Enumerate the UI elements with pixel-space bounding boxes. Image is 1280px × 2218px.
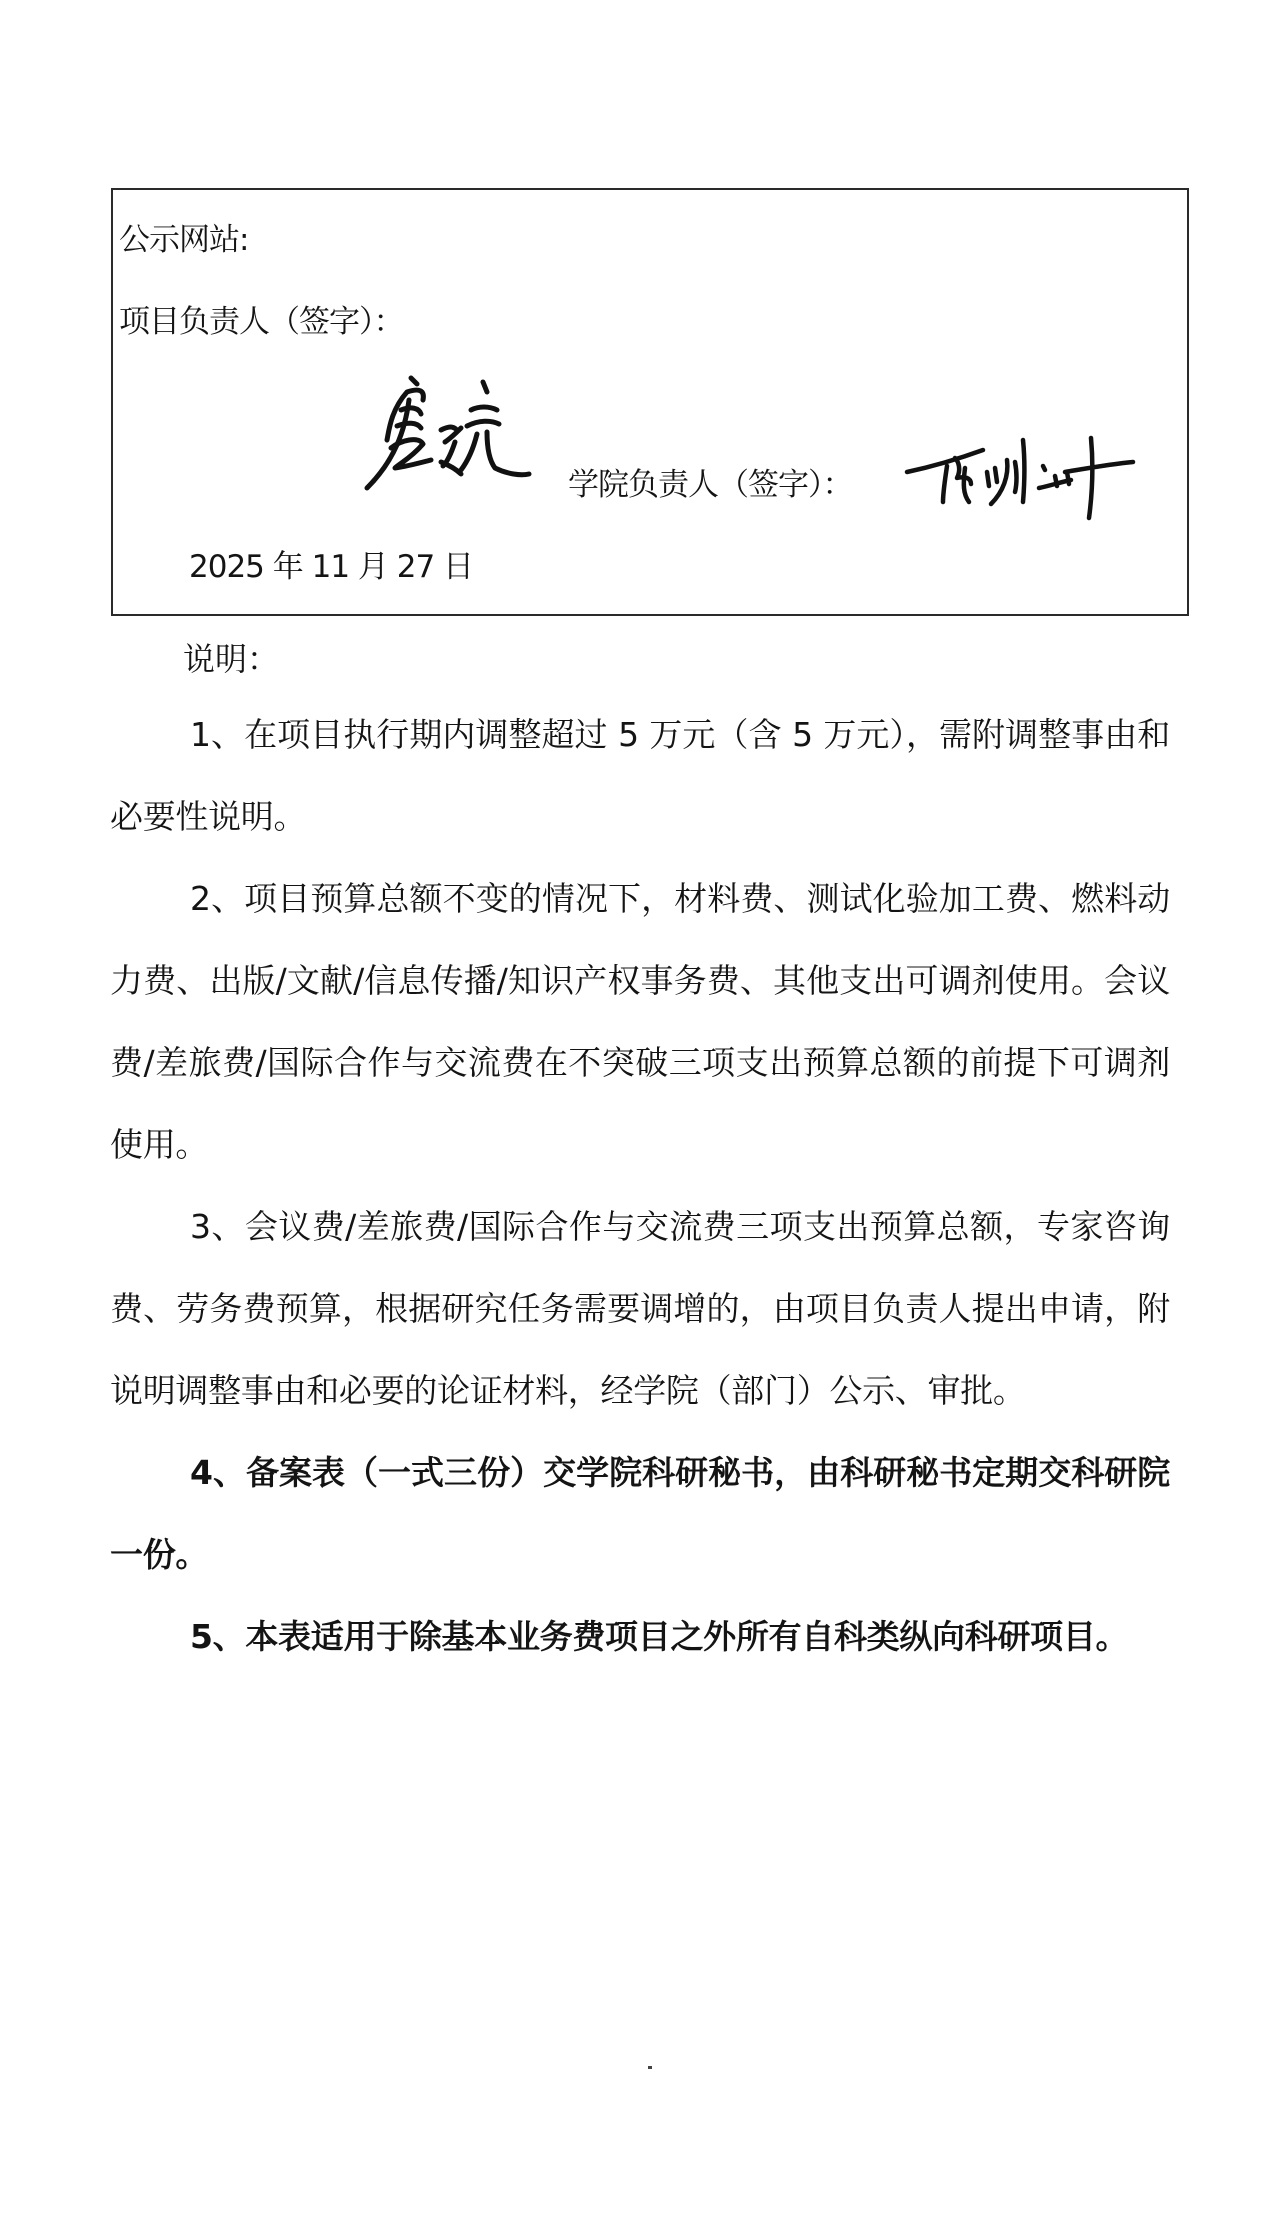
- scan-speck: [648, 2066, 652, 2069]
- date-text: 2025 年 11 月 27 日: [189, 547, 473, 587]
- signature-box: 公示网站: 项目负责人（签字）： 学院负责人（签字）： 2025 年 11 月 …: [111, 188, 1189, 616]
- note-item-3: 3、会议费/差旅费/国际合作与交流费三项支出预算总额，专家咨询费、劳务费预算，根…: [110, 1186, 1170, 1432]
- note-item-5: 5、本表适用于除基本业务费项目之外所有自科类纵向科研项目。: [110, 1596, 1170, 1678]
- website-label: 公示网站:: [119, 220, 248, 260]
- college-lead-label: 学院负责人（签字）：: [568, 465, 853, 505]
- notes-title: 说明：: [110, 639, 1170, 679]
- college-lead-signature-icon: [905, 432, 1135, 522]
- notes-section: 说明： 1、在项目执行期内调整超过 5 万元（含 5 万元），需附调整事由和必要…: [110, 630, 1170, 1678]
- note-item-1: 1、在项目执行期内调整超过 5 万元（含 5 万元），需附调整事由和必要性说明。: [110, 694, 1170, 858]
- project-lead-signature-icon: [361, 370, 531, 500]
- note-item-4: 4、备案表（一式三份）交学院科研秘书，由科研秘书定期交科研院一份。: [110, 1432, 1170, 1596]
- project-lead-label: 项目负责人（签字）：: [119, 302, 404, 342]
- note-item-2: 2、项目预算总额不变的情况下，材料费、测试化验加工费、燃料动力费、出版/文献/信…: [110, 858, 1170, 1186]
